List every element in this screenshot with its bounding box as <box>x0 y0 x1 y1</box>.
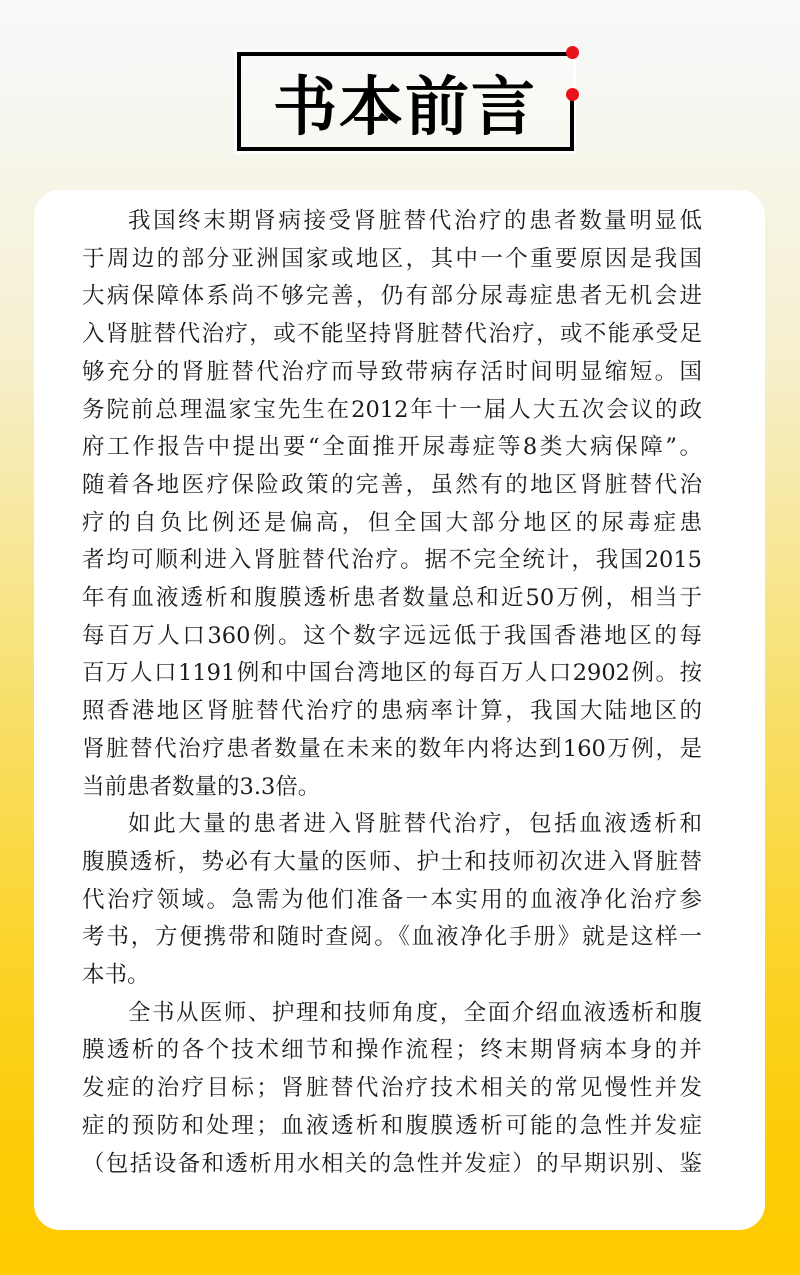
text-line: 百万人口1191例和中国台湾地区的每百万人口2902例。按 <box>82 655 702 693</box>
text-line: 我国终末期肾病接受肾脏替代治疗的患者数量明显低 <box>82 203 702 241</box>
title-banner: 书本前言 <box>237 52 575 153</box>
text-line: 如此大量的患者进入肾脏替代治疗，包括血液透析和 <box>82 806 702 844</box>
text-line: 务院前总理温家宝先生在2012年十一届人大五次会议的政 <box>82 392 702 430</box>
text-line: 症的预防和处理；血液透析和腹膜透析可能的急性并发症 <box>82 1108 702 1146</box>
text-line: 考书，方便携带和随时查阅。《血液净化手册》就是这样一 <box>82 919 702 957</box>
text-line: 够充分的肾脏替代治疗而导致带病存活时间明显缩短。国 <box>82 354 702 392</box>
text-line: 随着各地医疗保险政策的完善，虽然有的地区肾脏替代治 <box>82 467 702 505</box>
article-body: 我国终末期肾病接受肾脏替代治疗的患者数量明显低 于周边的部分亚洲国家或地区，其中… <box>82 203 702 1183</box>
text-line: 膜透析的各个技术细节和操作流程；终末期肾病本身的并 <box>82 1032 702 1070</box>
text-line: 年有血液透析和腹膜透析患者数量总和近50万例，相当于 <box>82 580 702 618</box>
text-line: 发症的治疗目标；肾脏替代治疗技术相关的常见慢性并发 <box>82 1070 702 1108</box>
text-line: 本书。 <box>82 957 702 995</box>
text-line: 肾脏替代治疗患者数量在未来的数年内将达到160万例，是 <box>82 731 702 769</box>
paragraph-1: 我国终末期肾病接受肾脏替代治疗的患者数量明显低 于周边的部分亚洲国家或地区，其中… <box>82 203 702 806</box>
paragraph-2: 如此大量的患者进入肾脏替代治疗，包括血液透析和 腹膜透析，势必有大量的医师、护士… <box>82 806 702 995</box>
text-line: 疗的自负比例还是偏高，但全国大部分地区的尿毒症患 <box>82 505 702 543</box>
text-line: 于周边的部分亚洲国家或地区，其中一个重要原因是我国 <box>82 241 702 279</box>
text-line: 大病保障体系尚不够完善，仍有部分尿毒症患者无机会进 <box>82 278 702 316</box>
text-line: 照香港地区肾脏替代治疗的患病率计算，我国大陆地区的 <box>82 693 702 731</box>
text-line: （包括设备和透析用水相关的急性并发症）的早期识别、鉴 <box>82 1146 702 1184</box>
text-line: 入肾脏替代治疗，或不能坚持肾脏替代治疗，或不能承受足 <box>82 316 702 354</box>
text-line: 当前患者数量的3.3倍。 <box>82 769 702 807</box>
page-title: 书本前言 <box>237 52 573 151</box>
paragraph-3: 全书从医师、护理和技师角度，全面介绍血液透析和腹 膜透析的各个技术细节和操作流程… <box>82 995 702 1184</box>
text-line: 府工作报告中提出要“全面推开尿毒症等8类大病保障”。 <box>82 429 702 467</box>
text-line: 全书从医师、护理和技师角度，全面介绍血液透析和腹 <box>82 995 702 1033</box>
text-line: 腹膜透析，势必有大量的医师、护士和技师初次进入肾脏替 <box>82 844 702 882</box>
text-line: 每百万人口360例。这个数字远远低于我国香港地区的每 <box>82 618 702 656</box>
text-line: 者均可顺利进入肾脏替代治疗。据不完全统计，我国2015 <box>82 542 702 580</box>
text-line: 代治疗领域。急需为他们准备一本实用的血液净化治疗参 <box>82 882 702 920</box>
